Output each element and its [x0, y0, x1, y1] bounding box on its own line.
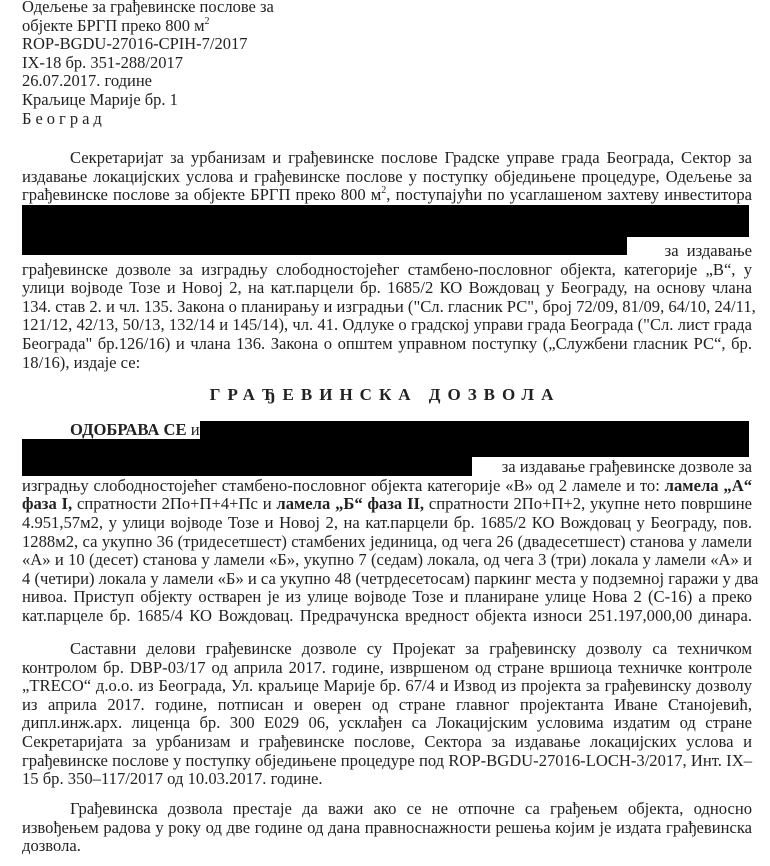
- components-line: контролом бр. DBP-03/17 од априла 2017. …: [22, 659, 752, 678]
- approval-line: 1288м2, са укупно 36 (тридесетшест) стам…: [22, 533, 752, 552]
- approval-text: изградњу слободностојећег стамбено-посло…: [22, 476, 665, 495]
- components-line: грађевинске послове у поступку обједињен…: [22, 752, 752, 771]
- components-line: Саставни делови грађевинске дозволе су П…: [22, 640, 752, 659]
- intro-line: грађевинске дозволе за изградњу слободно…: [22, 261, 752, 280]
- intro-line: издавање локацијских услова и грађевинск…: [22, 168, 752, 187]
- components-line: дипл.инж.арх. лиценца бр. 300 Е029 06, у…: [22, 714, 752, 733]
- expiry-line: дозвола.: [22, 837, 752, 856]
- redaction-block: [22, 205, 749, 237]
- intro-paragraph: Секретаријат за урбанизам и грађевинске …: [22, 149, 752, 372]
- approval-bold: ламела „Б“ фаза II,: [276, 494, 424, 513]
- header-department-2: објекте БРГП преко 800 м2: [22, 17, 707, 36]
- expiry-line: Грађевинска дозвола престаје да важи ако…: [22, 800, 752, 819]
- letter-header: Сектор за издавање локацијских услова и …: [22, 0, 707, 128]
- components-line: 15 бр. 350–117/2017 од 10.03.2017. годин…: [22, 770, 752, 789]
- approval-bold: фаза I,: [22, 494, 72, 513]
- approval-line: «А» и 10 (десет) станова у ламели «Б», у…: [22, 551, 752, 570]
- intro-line: 134. став 2. и чл. 135. Закона о планира…: [22, 298, 752, 317]
- redaction-block: [22, 439, 749, 457]
- redaction-block: [22, 236, 627, 255]
- components-line: Секретаријата за урбанизам и грађевинске…: [22, 733, 752, 752]
- document-page: Сектор за издавање локацијских услова и …: [0, 0, 770, 866]
- approval-line: изградњу слободностојећег стамбено-посло…: [22, 477, 752, 496]
- intro-line: 121/12, 42/13, 50/13, 132/14 и 145/14), …: [22, 316, 752, 335]
- components-paragraph: Саставни делови грађевинске дозволе су П…: [22, 640, 752, 789]
- superscript: 2: [205, 16, 210, 27]
- intro-line: грађевинске послове за објекте БРГП прек…: [22, 186, 752, 205]
- header-department: Одељење за грађевинске послове за: [22, 0, 707, 17]
- approval-line: нивоа. Приступ објекту остварен је из ул…: [22, 588, 752, 607]
- approval-bold: ОДОБРАВА СЕ: [70, 420, 187, 439]
- header-date: 26.07.2017. године: [22, 72, 707, 91]
- intro-line: улици војводе Тозе и Новој 2, на кат.пар…: [22, 279, 752, 298]
- header-city: Београд: [22, 110, 707, 129]
- header-rop-number: ROP-BGDU-27016-CPIH-7/2017: [22, 35, 707, 54]
- approval-bold: ламела „А“: [665, 476, 752, 495]
- components-line: „TRECO“ д.о.о. из Београда, Ул. краљице …: [22, 677, 752, 696]
- intro-text: , поступајући по усаглашеном захтеву инв…: [386, 185, 752, 204]
- intro-line: Секретаријат за урбанизам и грађевинске …: [22, 149, 752, 168]
- header-address: Краљице Марије бр. 1: [22, 91, 707, 110]
- redaction-block: [200, 421, 749, 440]
- approval-line: 4 (четири) локала у ламели «Б» и са укуп…: [22, 570, 752, 589]
- components-line: из априла 2017. године, потписан и овере…: [22, 696, 752, 715]
- intro-text: грађевинске послове за објекте БРГП прек…: [22, 185, 381, 204]
- header-case-number: IX-18 бр. 351-288/2017: [22, 54, 707, 73]
- approval-line: фаза I, спратности 2По+П+4+Пс и ламела „…: [22, 495, 752, 514]
- expiry-line: извођењем радова у року од две године од…: [22, 819, 752, 838]
- approval-text: спратности 2По+П+4+Пс и: [72, 494, 276, 513]
- approval-line: 4.951,57м2, у улици војводе Тозе и Новој…: [22, 514, 752, 533]
- header-department-2-text: објекте БРГП преко 800 м: [22, 16, 205, 35]
- approval-text: спратности 2По+П+2, укупне нето површине: [424, 494, 752, 513]
- intro-line: Београда" бр.126/16) и члана 136. Закона…: [22, 335, 752, 354]
- intro-line: 18/16), издаје се:: [22, 354, 752, 373]
- redaction-block: [22, 456, 472, 476]
- document-title: ГРАЂЕВИНСКА ДОЗВОЛА: [0, 385, 770, 405]
- approval-line: кат.парцеле бр. 1685/4 КО Вождовац. Пред…: [22, 607, 752, 626]
- expiry-paragraph: Грађевинска дозвола престаје да важи ако…: [22, 800, 752, 856]
